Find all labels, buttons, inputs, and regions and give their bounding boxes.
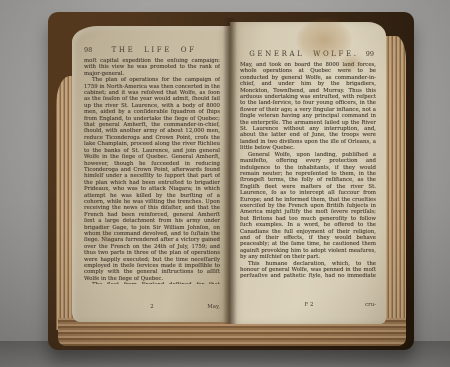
right-page-body: May, and took on board the 8000 land for… [240, 62, 376, 278]
paragraph: May, and took on board the 8000 land for… [240, 62, 376, 152]
right-running-title: GENERAL WOLFE. [249, 50, 358, 58]
paragraph: moſt capital expedition the enſuing camp… [84, 58, 220, 77]
left-page-header: 98 THE LIFE OF [84, 46, 218, 54]
left-page-number: 98 [84, 46, 92, 54]
left-page: 98 THE LIFE OF moſt capital expedition t… [72, 26, 230, 322]
left-page-footline: 2 May, [84, 304, 220, 310]
right-page-number: 99 [366, 50, 374, 58]
right-page-header: GENERAL WOLFE. 99 [240, 50, 374, 58]
catchword: May, [179, 304, 220, 310]
right-page-footline: F 2 cru- [242, 302, 376, 308]
book-photograph: 98 THE LIFE OF moſt capital expedition t… [0, 0, 450, 367]
press-figure: 2 [125, 304, 179, 310]
header-spacer [240, 50, 242, 58]
paragraph: The plan of operations for the campaign … [84, 77, 220, 282]
right-page: GENERAL WOLFE. 99 May, and took on board… [230, 22, 386, 324]
signature-mark: F 2 [282, 302, 336, 308]
paragraph: This humane declaration, which, to the h… [240, 261, 376, 278]
left-running-title: THE LIFE OF [112, 46, 197, 54]
left-page-body: moſt capital expedition the enſuing camp… [84, 58, 220, 284]
paragraph: The fleet from England deſtined for that… [84, 282, 220, 284]
paragraph: General Wolfe, upon landing, publiſhed a… [240, 152, 376, 261]
book-gutter-shadow [223, 18, 237, 324]
catchword: cru- [336, 302, 376, 308]
right-page-fore-edge [384, 36, 406, 332]
header-spacer [216, 46, 218, 54]
